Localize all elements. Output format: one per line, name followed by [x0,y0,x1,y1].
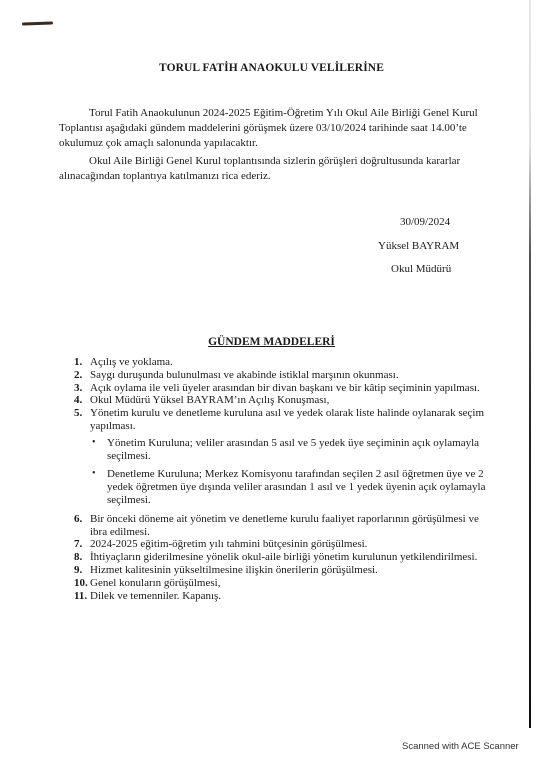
agenda-item-text: Açık oylama ile veli üyeler arasından bi… [90,382,480,394]
agenda-subitem: •Yönetim Kuruluna; veliler arasından 5 a… [90,437,494,463]
agenda-item-number: 8. [74,551,82,564]
agenda-item: 4.Okul Müdürü Yüksel BAYRAM’ın Açılış Ko… [74,394,494,407]
agenda-list: 1.Açılış ve yoklama.2.Saygı duruşunda bu… [74,356,494,602]
signature-name: Yüksel BAYRAM [378,240,459,252]
agenda-item-number: 3. [74,382,82,395]
agenda-title: GÜNDEM MADDELERİ [0,336,543,348]
agenda-item-text: İhtiyaçların giderilmesine yönelik okul-… [90,551,477,563]
paragraph-text: Torul Fatih Anaokulunun 2024-2025 Eğitim… [59,107,478,149]
agenda-item-text: Okul Müdürü Yüksel BAYRAM’ın Açılış Konu… [90,394,329,406]
scanner-watermark: Scanned with ACE Scanner [402,741,519,752]
agenda-item-number: 10. [74,577,88,590]
agenda-item: 5.Yönetim kurulu ve denetleme kuruluna a… [74,407,494,507]
agenda-item-text: Bir önceki döneme ait yönetim ve denetle… [90,513,479,538]
signature-date: 30/09/2024 [400,216,450,228]
agenda-item-text: 2024-2025 eğitim-öğretim yılı tahmini bü… [90,538,367,550]
agenda-item: 1.Açılış ve yoklama. [74,356,494,369]
paragraph-invitation: Torul Fatih Anaokulunun 2024-2025 Eğitim… [59,106,479,151]
document-title: TORUL FATİH ANAOKULU VELİLERİNE [0,62,543,74]
agenda-subitem-text: Denetleme Kuruluna; Merkez Komisyonu tar… [107,468,485,506]
agenda-item-number: 7. [74,538,82,551]
agenda-item-text: Hizmet kalitesinin yükseltilmesine ilişk… [90,564,378,576]
agenda-item: 3.Açık oylama ile veli üyeler arasından … [74,382,494,395]
agenda-item-number: 2. [74,369,82,382]
bullet-icon: • [92,437,96,450]
agenda-item: 11.Dilek ve temenniler. Kapanış. [74,590,494,603]
agenda-item-text: Açılış ve yoklama. [90,356,173,368]
agenda-item: 7.2024-2025 eğitim-öğretim yılı tahmini … [74,538,494,551]
agenda-item-number: 11. [74,590,87,603]
agenda-item-text: Dilek ve temenniler. Kapanış. [90,590,221,602]
page-edge [529,0,531,728]
paragraph-text: Okul Aile Birliği Genel Kurul toplantısı… [59,155,460,182]
agenda-item-number: 6. [74,513,82,526]
agenda-subitem: •Denetleme Kuruluna; Merkez Komisyonu ta… [90,468,494,506]
signature-role: Okul Müdürü [391,263,451,275]
agenda-item-number: 4. [74,394,82,407]
agenda-item-number: 1. [74,356,82,369]
agenda-item: 9.Hizmet kalitesinin yükseltilmesine ili… [74,564,494,577]
agenda-item-number: 5. [74,407,82,420]
scan-mark [22,21,53,25]
agenda-item-text: Saygı duruşunda bulunulması ve akabinde … [90,369,399,381]
agenda-item: 2.Saygı duruşunda bulunulması ve akabind… [74,369,494,382]
agenda-item-text: Genel konuların görüşülmesi, [90,577,220,589]
agenda-item: 6.Bir önceki döneme ait yönetim ve denet… [74,513,494,539]
agenda-subitem-text: Yönetim Kuruluna; veliler arasından 5 as… [107,437,479,462]
agenda-item-number: 9. [74,564,82,577]
paragraph-request: Okul Aile Birliği Genel Kurul toplantısı… [59,154,479,184]
bullet-icon: • [92,468,96,481]
agenda-sublist: •Yönetim Kuruluna; veliler arasından 5 a… [90,437,494,507]
agenda-item: 8.İhtiyaçların giderilmesine yönelik oku… [74,551,494,564]
agenda-item: 10.Genel konuların görüşülmesi, [74,577,494,590]
agenda-item-text: Yönetim kurulu ve denetleme kuruluna ası… [90,407,484,432]
